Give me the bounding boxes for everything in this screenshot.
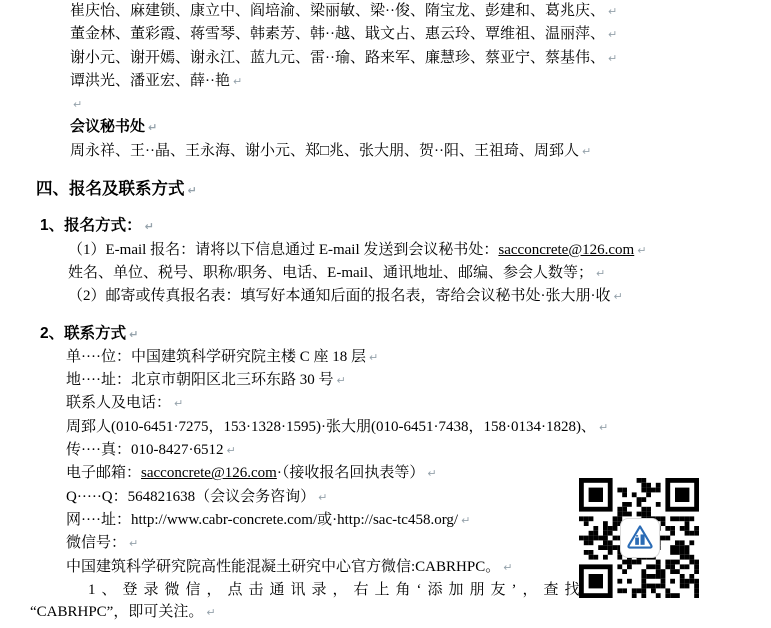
wechat-label-text: 微信号： xyxy=(66,535,126,551)
contact-qq-text: Q·····Q：564821638（会议会务咨询） xyxy=(66,489,315,505)
paragraph-mark: ↵ xyxy=(188,184,197,197)
attendee-names-text-1: 崔庆怡、麻建锁、康立中、阎培渝、梁丽敏、梁··俊、隋宝龙、彭建和、葛兆庆、 xyxy=(70,3,605,19)
paragraph-mark: ↵ xyxy=(596,267,605,280)
registration-item2-line: （2）邮寄或传真报名表：填写好本通知后面的报名表，寄给会议秘书处·张大朋·收↵ xyxy=(68,285,771,308)
attendee-names-text-4: 谭洪光、潘亚宏、薛··艳 xyxy=(70,73,230,89)
section4-heading: 四、报名及联系方式↵ xyxy=(36,178,771,202)
contact-web-text: 网····址：http://www.cabr-concrete.com/或·ht… xyxy=(66,512,458,528)
contact-address-line: 地····址：北京市朝阳区北三环东路 30 号↵ xyxy=(66,369,771,392)
secretariat-members-text: 周永祥、王··晶、王永海、谢小元、郑□兆、张大朋、贺··阳、王祖琦、周郅人 xyxy=(70,143,579,159)
cabr-logo-icon xyxy=(620,518,660,558)
paragraph-mark: ↵ xyxy=(503,561,512,574)
contact-address-text: 地····址：北京市朝阳区北三环东路 30 号 xyxy=(66,372,333,388)
registration-item1-line: （1）E-mail 报名：请将以下信息通过 E-mail 发送到会议秘书处：sa… xyxy=(68,239,771,262)
wechat-qr-code xyxy=(579,478,701,598)
paragraph-mark: ↵ xyxy=(369,351,378,364)
paragraph-mark: ↵ xyxy=(599,421,608,434)
paragraph-mark: ↵ xyxy=(427,467,436,480)
contact-email-label: 电子邮箱： xyxy=(66,465,141,481)
section4-heading-text: 四、报名及联系方式 xyxy=(36,180,185,198)
contact-unit-text: 单····位：中国建筑科学研究院主楼 C 座 18 层 xyxy=(66,349,366,365)
wechat-step1-text-a: 1、登录微信，点击通讯录，右上角‘添加朋友’，查找公众号 xyxy=(88,582,649,598)
paragraph-mark: ↵ xyxy=(129,328,138,341)
cabr-logo-svg xyxy=(624,522,656,554)
attendee-names-text-2: 董金林、董彩霞、蒋雪琴、韩素芳、韩··越、戢文占、惠云玲、覃维祖、温丽萍、 xyxy=(70,26,605,42)
registration-heading-text: 1、报名方式： xyxy=(40,217,142,234)
secretariat-heading: 会议秘书处↵ xyxy=(70,116,771,139)
paragraph-mark: ↵ xyxy=(608,5,617,18)
contact-heading: 2、联系方式↵ xyxy=(40,323,771,346)
contact-fax-text: 传····真：010-8427·6512 xyxy=(66,442,223,458)
attendee-names-line-3: 谢小元、谢开嫣、谢永江、蓝九元、雷··瑜、路来军、廉慧珍、蔡亚宁、蔡基伟、↵ xyxy=(70,47,771,70)
secretariat-heading-text: 会议秘书处 xyxy=(70,119,145,135)
contact-persons-label-text: 联系人及电话： xyxy=(66,395,171,411)
paragraph-mark: ↵ xyxy=(145,220,154,233)
paragraph-mark: ↵ xyxy=(73,98,82,111)
contact-fax-line: 传····真：010-8427·6512↵ xyxy=(66,439,771,462)
attendee-names-line-2: 董金林、董彩霞、蒋雪琴、韩素芳、韩··越、戢文占、惠云玲、覃维祖、温丽萍、↵ xyxy=(70,23,771,46)
paragraph-mark: ↵ xyxy=(608,28,617,41)
registration-fields-line: 姓名、单位、税号、职称/职务、电话、E-mail、通讯地址、邮编、参会人数等；↵ xyxy=(68,262,771,285)
paragraph-mark: ↵ xyxy=(174,397,183,410)
contact-email-link[interactable]: sacconcrete@126.com xyxy=(141,465,277,481)
contact-unit-line: 单····位：中国建筑科学研究院主楼 C 座 18 层↵ xyxy=(66,346,771,369)
paragraph-mark: ↵ xyxy=(206,606,215,619)
contact-heading-text: 2、联系方式 xyxy=(40,325,126,342)
registration-heading: 1、报名方式：↵ xyxy=(40,215,771,238)
document-page: 崔庆怡、麻建锁、康立中、阎培渝、梁丽敏、梁··俊、隋宝龙、彭建和、葛兆庆、↵ 董… xyxy=(0,0,771,628)
attendee-names-line-1: 崔庆怡、麻建锁、康立中、阎培渝、梁丽敏、梁··俊、隋宝龙、彭建和、葛兆庆、↵ xyxy=(70,0,771,23)
paragraph-mark: ↵ xyxy=(582,145,591,158)
registration-item2-text: （2）邮寄或传真报名表：填写好本通知后面的报名表，寄给会议秘书处·张大朋·收 xyxy=(68,288,611,304)
wechat-account-text: 中国建筑科学研究院高性能混凝土研究中心官方微信:CABRHPC。 xyxy=(66,559,500,575)
registration-item1-text: （1）E-mail 报名：请将以下信息通过 E-mail 发送到会议秘书处： xyxy=(68,242,498,258)
contact-persons-text: 周郅人(010-6451·7275，153·1328·1595)·张大朋(010… xyxy=(66,419,596,435)
contact-email-note: ·（接收报名回执表等） xyxy=(277,465,425,481)
paragraph-mark: ↵ xyxy=(233,75,242,88)
paragraph-mark: ↵ xyxy=(461,514,470,527)
paragraph-mark: ↵ xyxy=(336,374,345,387)
contact-persons-line: 周郅人(010-6451·7275，153·1328·1595)·张大朋(010… xyxy=(66,416,771,439)
secretariat-members-line: 周永祥、王··晶、王永海、谢小元、郑□兆、张大朋、贺··阳、王祖琦、周郅人↵ xyxy=(70,140,771,163)
paragraph-mark: ↵ xyxy=(608,52,617,65)
blank-line: ↵ xyxy=(70,93,771,116)
paragraph-mark: ↵ xyxy=(614,290,623,303)
attendee-names-line-4: 谭洪光、潘亚宏、薛··艳↵ xyxy=(70,70,771,93)
paragraph-mark: ↵ xyxy=(226,444,235,457)
contact-persons-label-line: 联系人及电话：↵ xyxy=(66,392,771,415)
paragraph-mark: ↵ xyxy=(129,537,138,550)
wechat-step1-text-b: “CABRHPC”，即可关注。 xyxy=(30,604,203,620)
paragraph-mark: ↵ xyxy=(637,244,646,257)
registration-fields-text: 姓名、单位、税号、职称/职务、电话、E-mail、通讯地址、邮编、参会人数等； xyxy=(68,265,593,281)
registration-email-link[interactable]: sacconcrete@126.com xyxy=(498,242,634,258)
attendee-names-text-3: 谢小元、谢开嫣、谢永江、蓝九元、雷··瑜、路来军、廉慧珍、蔡亚宁、蔡基伟、 xyxy=(70,50,605,66)
paragraph-mark: ↵ xyxy=(148,121,157,134)
paragraph-mark: ↵ xyxy=(318,491,327,504)
